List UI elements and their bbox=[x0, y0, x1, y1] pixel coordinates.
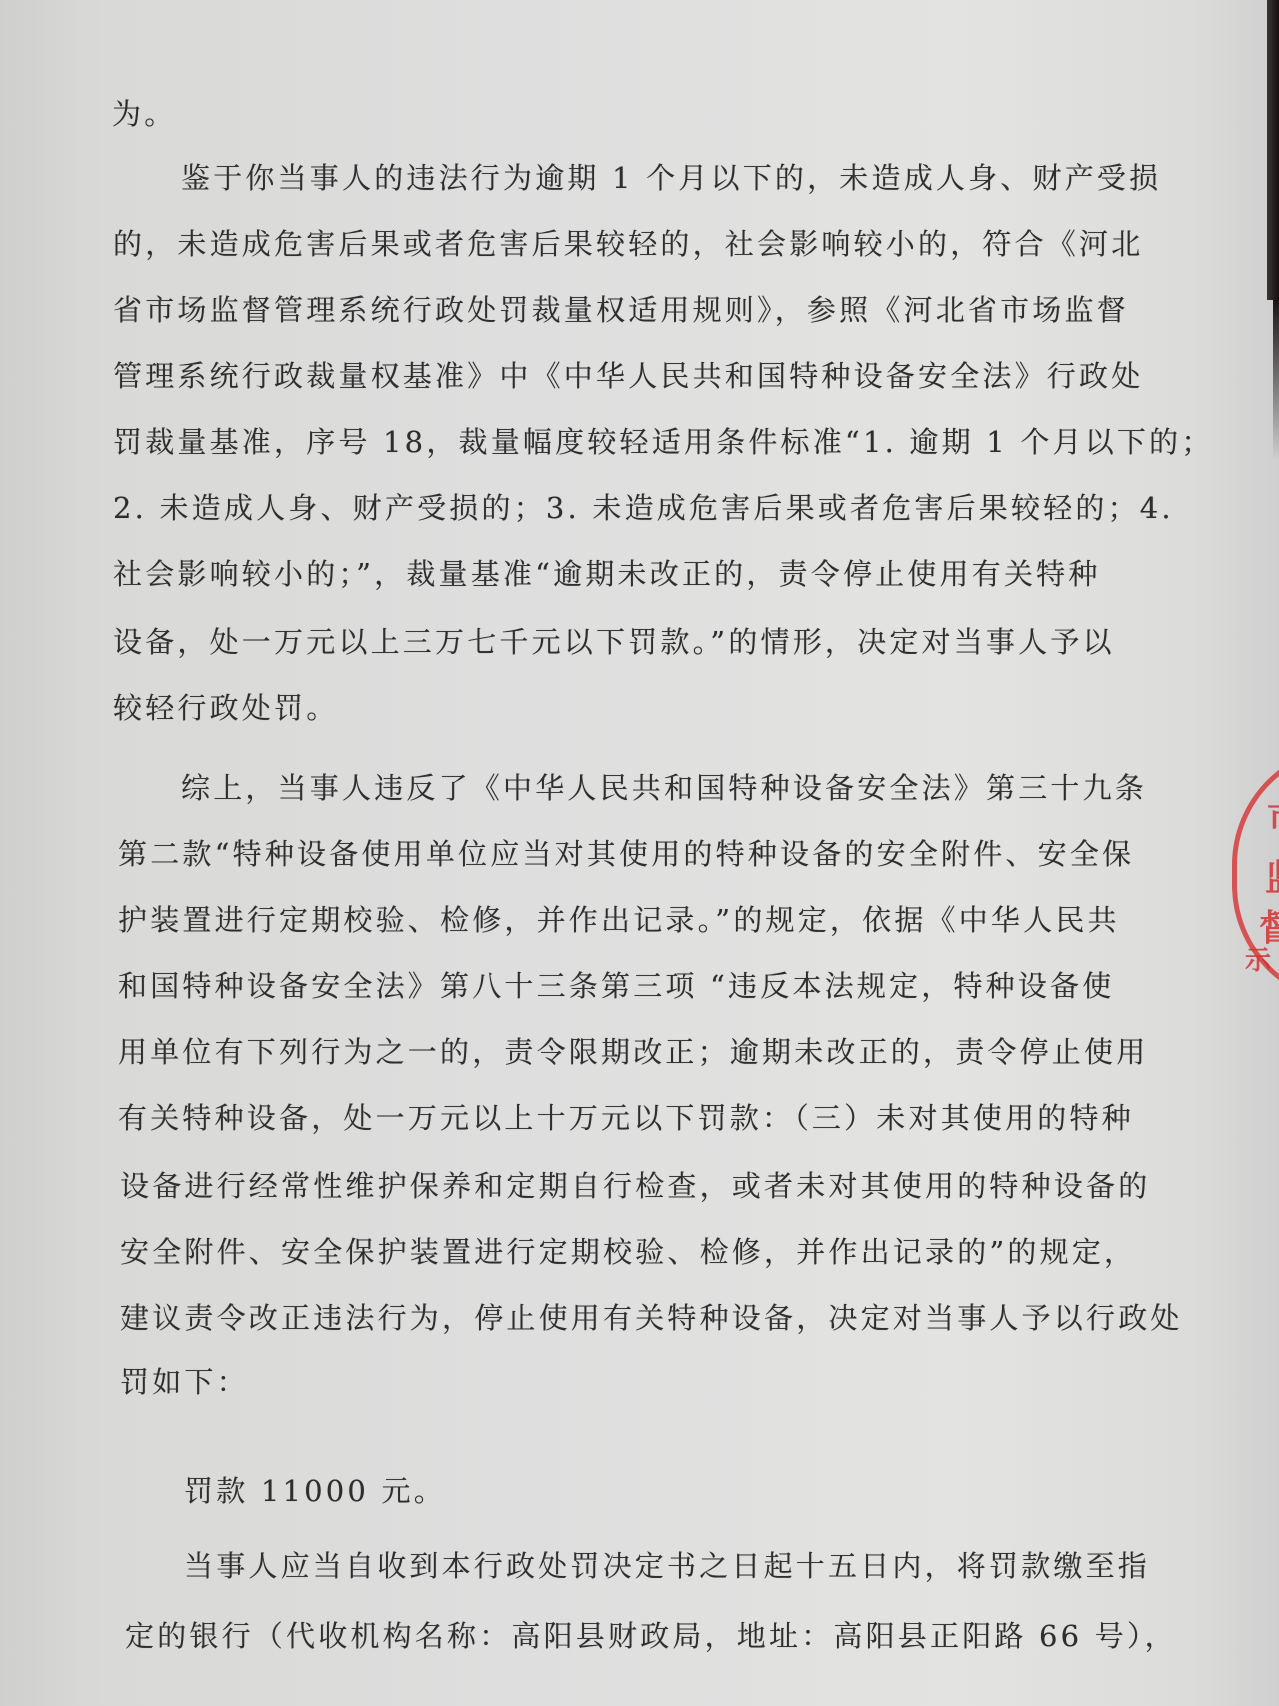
text-line: 有关特种设备，处一万元以上十万元以下罚款：（三）未对其使用的特种 bbox=[118, 1100, 1134, 1136]
text-line: 安全附件、安全保护装置进行定期校验、检修，并作出记录的”的规定， bbox=[120, 1234, 1136, 1270]
text-line: 综上，当事人违反了《中华人民共和国特种设备安全法》第三十九条 bbox=[181, 770, 1147, 806]
text-line: 鉴于你当事人的违法行为逾期 1 个月以下的，未造成人身、财产受损 bbox=[181, 160, 1161, 196]
document-page: 为。 鉴于你当事人的违法行为逾期 1 个月以下的，未造成人身、财产受损 的，未造… bbox=[0, 0, 1279, 1706]
text-line: 和国特种设备安全法》第八十三条第三项 “违反本法规定，特种设备使 bbox=[118, 968, 1114, 1004]
text-line: 罚裁量基准，序号 18，裁量幅度较轻适用条件标准“1. 逾期 1 个月以下的； bbox=[113, 424, 1214, 460]
stamp-char: 监 bbox=[1265, 850, 1279, 901]
text-line: 当事人应当自收到本行政处罚决定书之日起十五日内，将罚款缴至指 bbox=[184, 1548, 1150, 1584]
text-line: 2. 未造成人身、财产受损的；3. 未造成危害后果或者危害后果较轻的；4. bbox=[113, 490, 1174, 526]
text-line: 设备进行经常性维护保养和定期自行检查，或者未对其使用的特种设备的 bbox=[120, 1168, 1150, 1204]
text-line: 罚如下： bbox=[120, 1364, 249, 1400]
fine-amount-line: 罚款 11000 元。 bbox=[184, 1473, 446, 1509]
text-line: 为。 bbox=[112, 96, 176, 132]
text-line: 管理系统行政裁量权基准》中《中华人民共和国特种设备安全法》行政处 bbox=[113, 358, 1143, 394]
text-line: 第二款“特种设备使用单位应当对其使用的特种设备的安全附件、安全保 bbox=[118, 836, 1134, 872]
text-line: 的，未造成危害后果或者危害后果较轻的，社会影响较小的，符合《河北 bbox=[113, 226, 1143, 262]
text-line: 省市场监督管理系统行政处罚裁量权适用规则》，参照《河北省市场监督 bbox=[113, 292, 1129, 328]
text-line: 护装置进行定期校验、检修，并作出记录。”的规定，依据《中华人民共 bbox=[118, 902, 1120, 938]
stamp-char: 市 bbox=[1267, 790, 1279, 841]
text-line: 建议责令改正违法行为，停止使用有关特种设备，决定对当事人予以行政处 bbox=[120, 1300, 1183, 1336]
text-line: 社会影响较小的；”，裁量基准“逾期未改正的，责令停止使用有关特种 bbox=[113, 556, 1101, 592]
text-line: 用单位有下列行为之一的，责令限期改正；逾期未改正的，责令停止使用 bbox=[118, 1034, 1148, 1070]
stamp-char: 示 bbox=[1245, 940, 1271, 977]
text-line: 较轻行政处罚。 bbox=[113, 690, 338, 726]
text-line: 定的银行（代收机构名称：高阳县财政局，地址：高阳县正阳路 66 号）， bbox=[125, 1618, 1177, 1654]
text-line: 设备，处一万元以上三万七千元以下罚款。”的情形，决定对当事人予以 bbox=[113, 624, 1115, 660]
